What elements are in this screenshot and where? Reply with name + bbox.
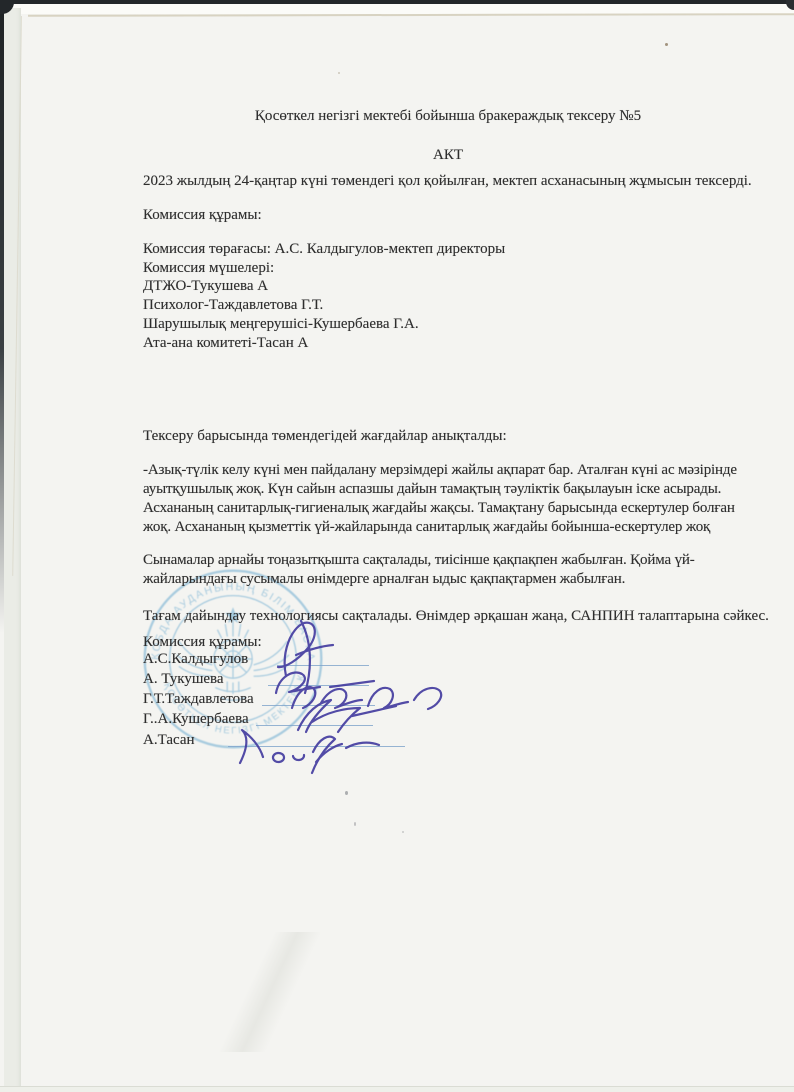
scan-speck bbox=[338, 72, 340, 74]
scanned-document-page: ҚОБДА АУДАНЫНЫҢ БІЛІМ БАСҚАРМАСЫ ҚОСӨТКЕ… bbox=[0, 0, 794, 1092]
scan-speck bbox=[345, 791, 348, 795]
commission-chairman-line: Комиссия төрағасы: А.С. Калдыгулов-мекте… bbox=[143, 240, 753, 259]
findings-paragraph: Сынамалар арнайы тоңазытқышта сақталады,… bbox=[143, 551, 753, 589]
commission-label: Комиссия құрамы: bbox=[143, 206, 753, 225]
commission-list: Комиссия төрағасы: А.С. Калдыгулов-мекте… bbox=[143, 240, 753, 352]
paper-crease bbox=[60, 932, 480, 1052]
scan-speck bbox=[354, 822, 356, 826]
scanner-frame-left bbox=[0, 0, 4, 633]
signature-tasan bbox=[240, 730, 379, 773]
commission-member: Психолог-Таждавлетова Г.Т. bbox=[143, 296, 753, 315]
commission-member: Ата-ана комитеті-Тасан А bbox=[143, 334, 753, 353]
signature-kaldygulov bbox=[276, 621, 333, 693]
scan-speck bbox=[665, 43, 668, 46]
scan-speck bbox=[402, 831, 404, 833]
act-heading: АКТ bbox=[143, 146, 753, 165]
document-title: Қосөткел негізгі мектебі бойынша бракера… bbox=[143, 107, 753, 126]
date-line: 2023 жылдың 24-қаңтар күні төмендегі қол… bbox=[143, 172, 753, 191]
commission-member: ДТЖО-Тукушева А bbox=[143, 277, 753, 296]
findings-label: Тексеру барысында төмендегідей жағдайлар… bbox=[143, 427, 753, 446]
commission-members-label: Комиссия мүшелері: bbox=[143, 259, 753, 278]
scanner-frame-top bbox=[0, 0, 794, 4]
scanner-top-margin bbox=[4, 3, 794, 14]
paper-top-edge-line bbox=[28, 13, 794, 17]
handwritten-signatures bbox=[200, 598, 480, 783]
signature-kusherbaeva bbox=[298, 700, 396, 732]
signature-tazhdavletova bbox=[292, 681, 441, 709]
signature-row: А.Тасан bbox=[143, 731, 195, 751]
commission-member: Шарушылық меңгерушісі-Кушербаева Г.А. bbox=[143, 315, 753, 334]
signatory-name: А.Тасан bbox=[143, 732, 195, 748]
findings-paragraph: -Азық-түлік келу күні мен пайдалану мерз… bbox=[143, 461, 753, 537]
scanner-frame-bottom bbox=[0, 1086, 794, 1092]
